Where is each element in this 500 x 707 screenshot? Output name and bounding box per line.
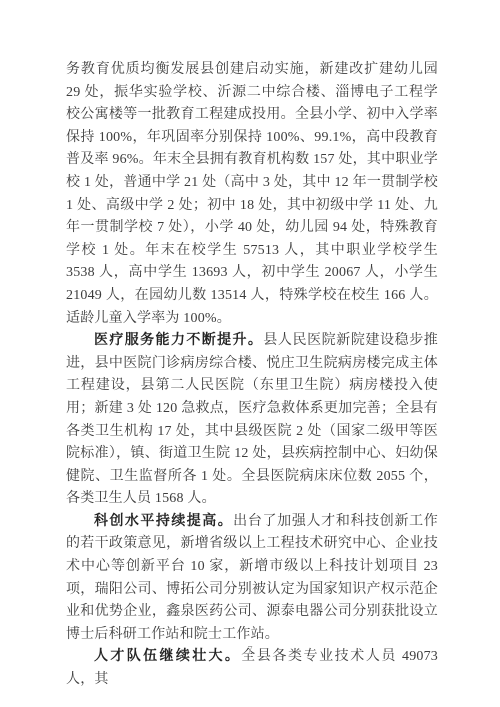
paragraph-text: 出台了加强人才和科技创新工作的若干政策意见，新增省级以上工程技术研究中心、企业技…	[66, 514, 438, 642]
paragraph: 务教育优质均衡发展县创建启动实施，新建改扩建幼儿园 29 处，振华实验学校、沂源…	[66, 59, 438, 330]
paragraph-lead: 科创水平持续提高。	[94, 514, 233, 529]
paragraph-lead: 医疗服务能力不断提升。	[94, 333, 263, 348]
paragraph: 科创水平持续提高。出台了加强人才和科技创新工作的若干政策意见，新增省级以上工程技…	[66, 511, 438, 647]
paragraph-text: 务教育优质均衡发展县创建启动实施，新建改扩建幼儿园 29 处，振华实验学校、沂源…	[66, 62, 438, 326]
page-number: 7	[0, 645, 500, 656]
paragraph-text: 县人民医院新院建设稳步推进，县中医院门诊病房综合楼、悦庄卫生院病房楼完成主体工程…	[66, 333, 438, 506]
document-page: 务教育优质均衡发展县创建启动实施，新建改扩建幼儿园 29 处，振华实验学校、沂源…	[0, 0, 500, 707]
document-body: 务教育优质均衡发展县创建启动实施，新建改扩建幼儿园 29 处，振华实验学校、沂源…	[66, 59, 438, 692]
paragraph: 医疗服务能力不断提升。县人民医院新院建设稳步推进，县中医院门诊病房综合楼、悦庄卫…	[66, 330, 438, 511]
